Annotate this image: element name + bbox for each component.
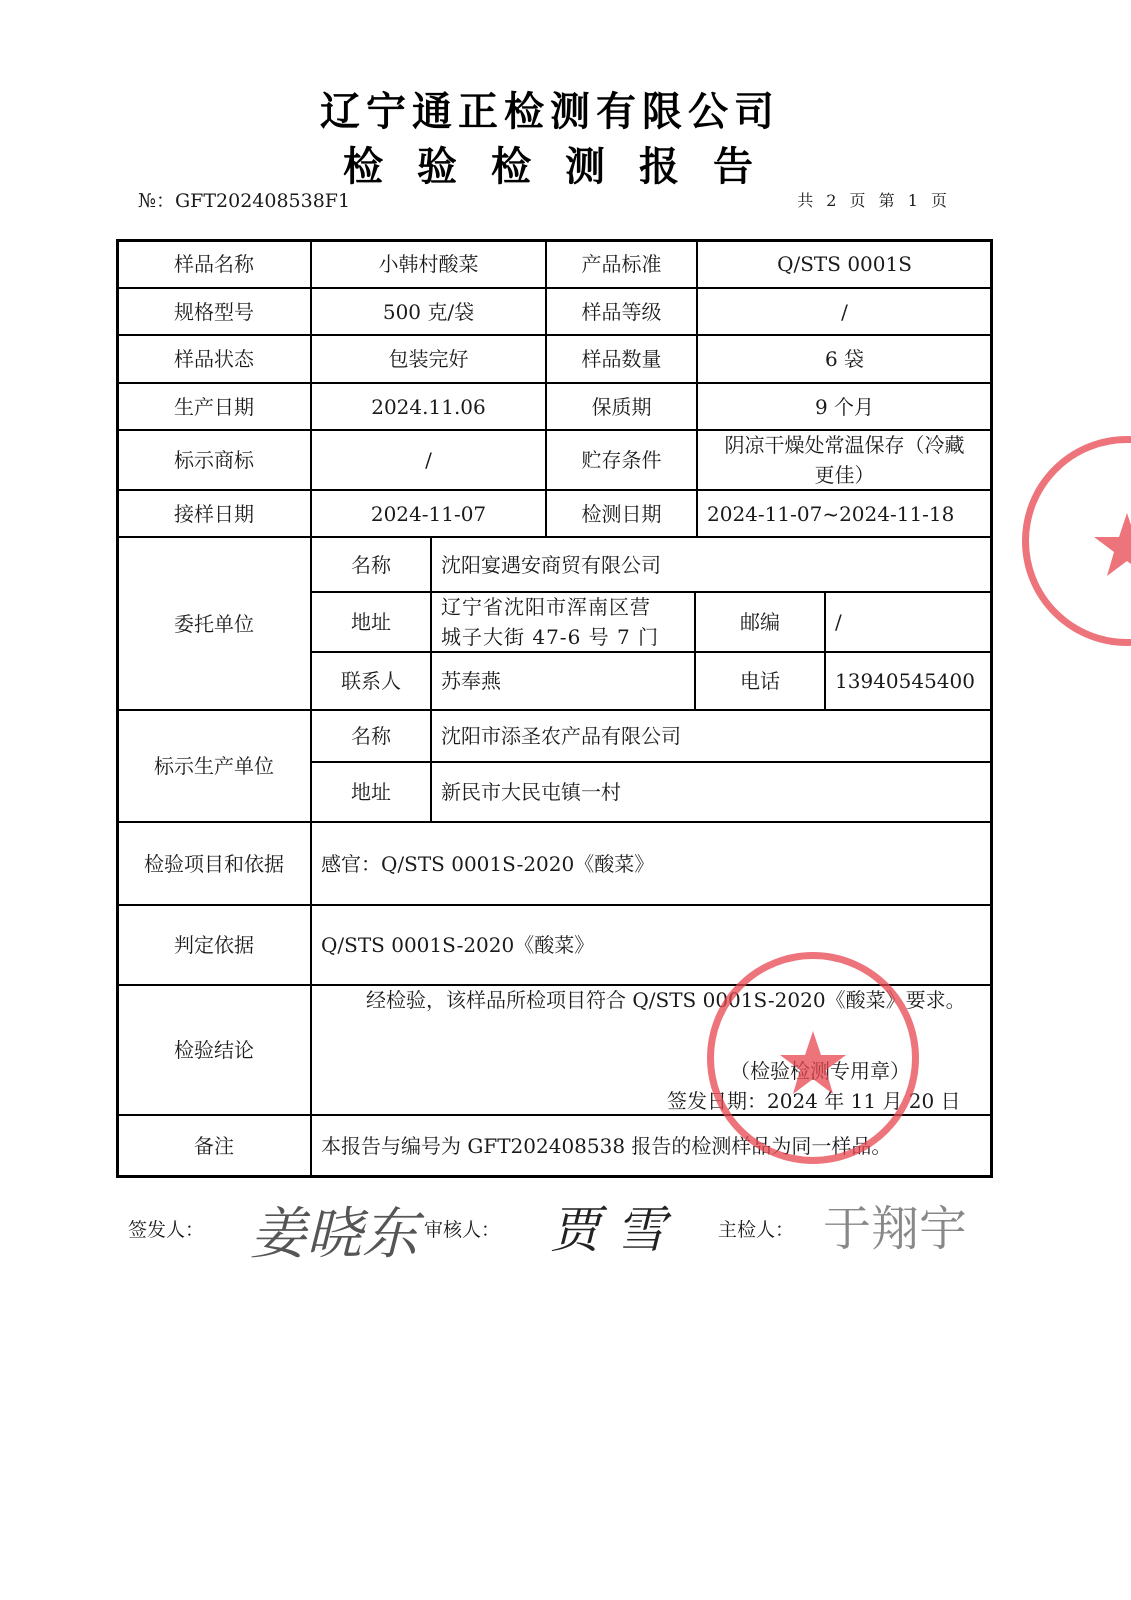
value-shelf-life: 9 个月	[697, 383, 992, 430]
label-storage: 贮存条件	[546, 430, 697, 490]
storage-line-2: 更佳）	[815, 460, 875, 490]
label-state: 样品状态	[117, 335, 311, 383]
storage-line-1: 阴凉干燥处常温保存（冷藏	[725, 430, 965, 460]
issuer-signature: 姜晓东	[250, 1190, 418, 1270]
value-receive-date: 2024-11-07	[311, 490, 546, 537]
value-zip: /	[825, 592, 992, 652]
value-producer-address: 新民市大民屯镇一村	[431, 762, 992, 822]
label-client: 委托单位	[117, 537, 311, 710]
label-client-address: 地址	[311, 592, 431, 652]
label-conclusion: 检验结论	[117, 985, 311, 1115]
value-product-standard: Q/STS 0001S	[697, 240, 992, 288]
value-quantity: 6 袋	[697, 335, 992, 383]
label-receive-date: 接样日期	[117, 490, 311, 537]
value-test-date: 2024-11-07~2024-11-18	[697, 490, 992, 537]
value-producer-name: 沈阳市添圣农产品有限公司	[431, 710, 992, 762]
label-producer-name: 名称	[311, 710, 431, 762]
value-client-address: 辽宁省沈阳市浑南区营 城子大街 47-6 号 7 门	[431, 592, 695, 652]
address-line-2: 城子大街 47-6 号 7 门	[441, 622, 659, 652]
report-number: №：GFT202408538F1	[138, 186, 350, 213]
label-sample-name: 样品名称	[117, 240, 311, 288]
value-storage: 阴凉干燥处常温保存（冷藏 更佳）	[697, 430, 992, 490]
value-client-name: 沈阳宴遇安商贸有限公司	[431, 537, 992, 592]
seal-star-icon	[714, 959, 912, 1157]
inspector-label: 主检人：	[718, 1215, 794, 1242]
label-test-items: 检验项目和依据	[117, 822, 311, 905]
label-producer-address: 地址	[311, 762, 431, 822]
edge-seal-star-icon	[1029, 443, 1131, 639]
label-client-name: 名称	[311, 537, 431, 592]
company-title: 辽宁通正检测有限公司	[0, 80, 1100, 137]
reviewer-signature: 贾 雪	[550, 1190, 666, 1262]
value-production-date: 2024.11.06	[311, 383, 546, 430]
issuer-label: 签发人：	[128, 1215, 204, 1242]
value-sample-name: 小韩村酸菜	[311, 240, 546, 288]
value-test-items: 感官：Q/STS 0001S-2020《酸菜》	[311, 822, 992, 905]
value-phone: 13940545400	[825, 652, 992, 710]
label-test-date: 检测日期	[546, 490, 697, 537]
value-trademark: /	[311, 430, 546, 490]
label-zip: 邮编	[695, 592, 825, 652]
value-contact: 苏奉燕	[431, 652, 695, 710]
label-grade: 样品等级	[546, 288, 697, 335]
report-title: 检验检测报告	[0, 135, 1100, 192]
page-edge-seal	[1022, 436, 1131, 646]
inspector-signature: 于翔宇	[823, 1190, 967, 1259]
label-trademark: 标示商标	[117, 430, 311, 490]
value-grade: /	[697, 288, 992, 335]
page-count: 共 2 页 第 1 页	[797, 188, 951, 211]
official-seal	[707, 952, 919, 1164]
label-judgment-basis: 判定依据	[117, 905, 311, 985]
label-production-date: 生产日期	[117, 383, 311, 430]
value-state: 包装完好	[311, 335, 546, 383]
reviewer-label: 审核人：	[424, 1215, 500, 1242]
label-product-standard: 产品标准	[546, 240, 697, 288]
label-contact: 联系人	[311, 652, 431, 710]
label-phone: 电话	[695, 652, 825, 710]
address-line-1: 辽宁省沈阳市浑南区营	[441, 592, 651, 622]
label-producer: 标示生产单位	[117, 710, 311, 822]
label-shelf-life: 保质期	[546, 383, 697, 430]
value-spec: 500 克/袋	[311, 288, 546, 335]
label-spec: 规格型号	[117, 288, 311, 335]
label-quantity: 样品数量	[546, 335, 697, 383]
label-remark: 备注	[117, 1115, 311, 1177]
